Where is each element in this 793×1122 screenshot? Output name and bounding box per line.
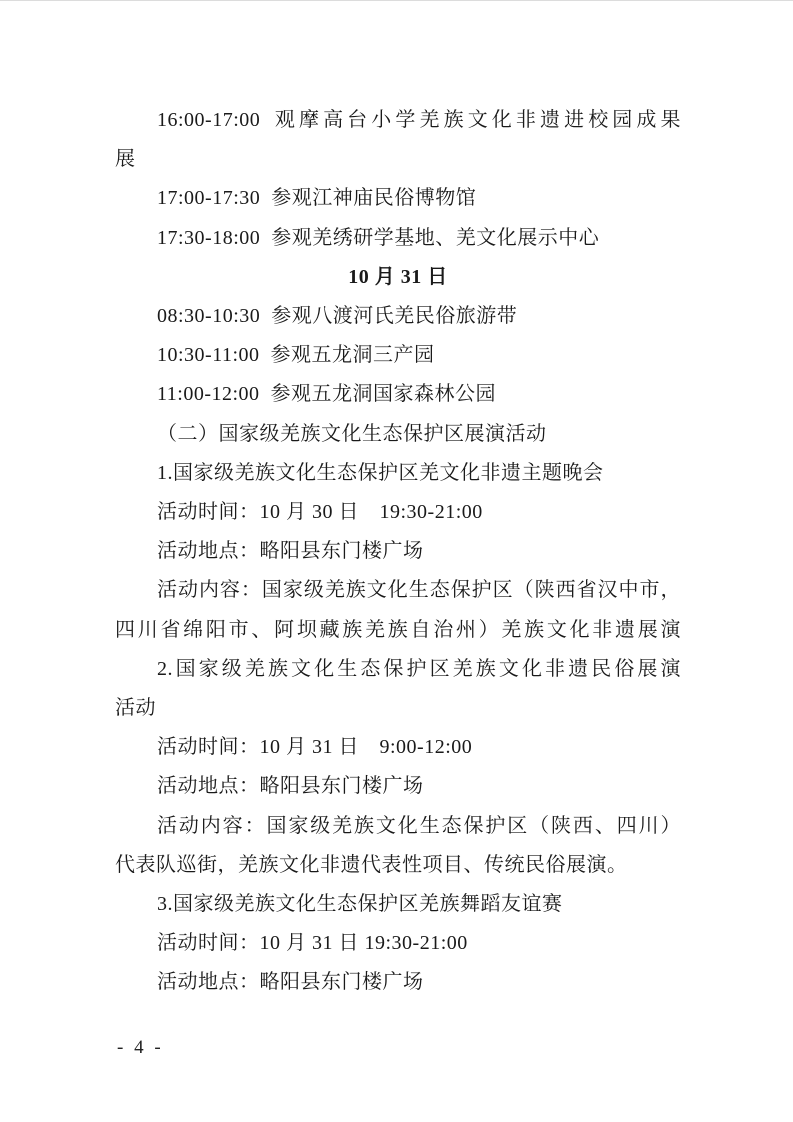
paragraph-line: 3.国家级羌族文化生态保护区羌族舞蹈友谊赛 [115,885,681,924]
schedule-title: 参观五龙洞国家森林公园 [271,383,497,405]
paragraph-line: 活动时间：10 月 31 日 9:00-12:00 [115,728,681,767]
paragraph-line: 活动内容：国家级羌族文化生态保护区（陕西省汉中市， [115,571,681,610]
schedule-time: 17:30-18:00 [157,227,260,249]
continuation-line: 四川省绵阳市、阿坝藏族羌族自治州）羌族文化非遗展演 [115,611,681,650]
schedule-time: 17:00-17:30 [157,187,260,209]
section-heading: （二）国家级羌族文化生态保护区展演活动 [115,415,681,454]
schedule-title: 参观八渡河氏羌民俗旅游带 [271,305,517,327]
paragraph-line: 活动地点：略阳县东门楼广场 [115,767,681,806]
paragraph-line: 2.国家级羌族文化生态保护区羌族文化非遗民俗展演 [115,650,681,689]
schedule-line: 11:00-12:00参观五龙洞国家森林公园 [115,375,681,414]
continuation-line: 活动 [115,689,681,728]
schedule-line: 17:00-17:30参观江神庙民俗博物馆 [115,179,681,218]
schedule-title: 参观江神庙民俗博物馆 [271,187,476,209]
paragraph-line: 活动地点：略阳县东门楼广场 [115,963,681,1002]
schedule-time: 08:30-10:30 [157,305,260,327]
paragraph-line: 活动时间：10 月 31 日 19:30-21:00 [115,924,681,963]
paragraph-line: 活动时间：10 月 30 日 19:30-21:00 [115,493,681,532]
schedule-time: 10:30-11:00 [157,344,260,366]
paragraph-line: 活动地点：略阳县东门楼广场 [115,532,681,571]
schedule-time: 11:00-12:00 [157,383,260,405]
continuation-line: 展 [115,140,681,179]
document-body: 16:00-17:00观摩高台小学羌族文化非遗进校园成果 展 17:00-17:… [115,101,681,1003]
schedule-line: 10:30-11:00参观五龙洞三产园 [115,336,681,375]
date-heading: 10 月 31 日 [115,258,681,297]
page-number: - 4 - [117,1037,164,1059]
schedule-time: 16:00-17:00 [157,109,260,131]
page-top-edge [0,0,793,1]
paragraph-line: 活动内容：国家级羌族文化生态保护区（陕西、四川） [115,807,681,846]
schedule-title: 参观五龙洞三产园 [271,344,435,366]
schedule-title: 观摩高台小学羌族文化非遗进校园成果 [271,109,681,131]
schedule-title: 参观羌绣研学基地、羌文化展示中心 [271,227,599,249]
paragraph-line: 1.国家级羌族文化生态保护区羌文化非遗主题晚会 [115,454,681,493]
continuation-line: 代表队巡街，羌族文化非遗代表性项目、传统民俗展演。 [115,846,681,885]
schedule-line: 16:00-17:00观摩高台小学羌族文化非遗进校园成果 [115,101,681,140]
schedule-line: 17:30-18:00参观羌绣研学基地、羌文化展示中心 [115,219,681,258]
schedule-line: 08:30-10:30参观八渡河氏羌民俗旅游带 [115,297,681,336]
